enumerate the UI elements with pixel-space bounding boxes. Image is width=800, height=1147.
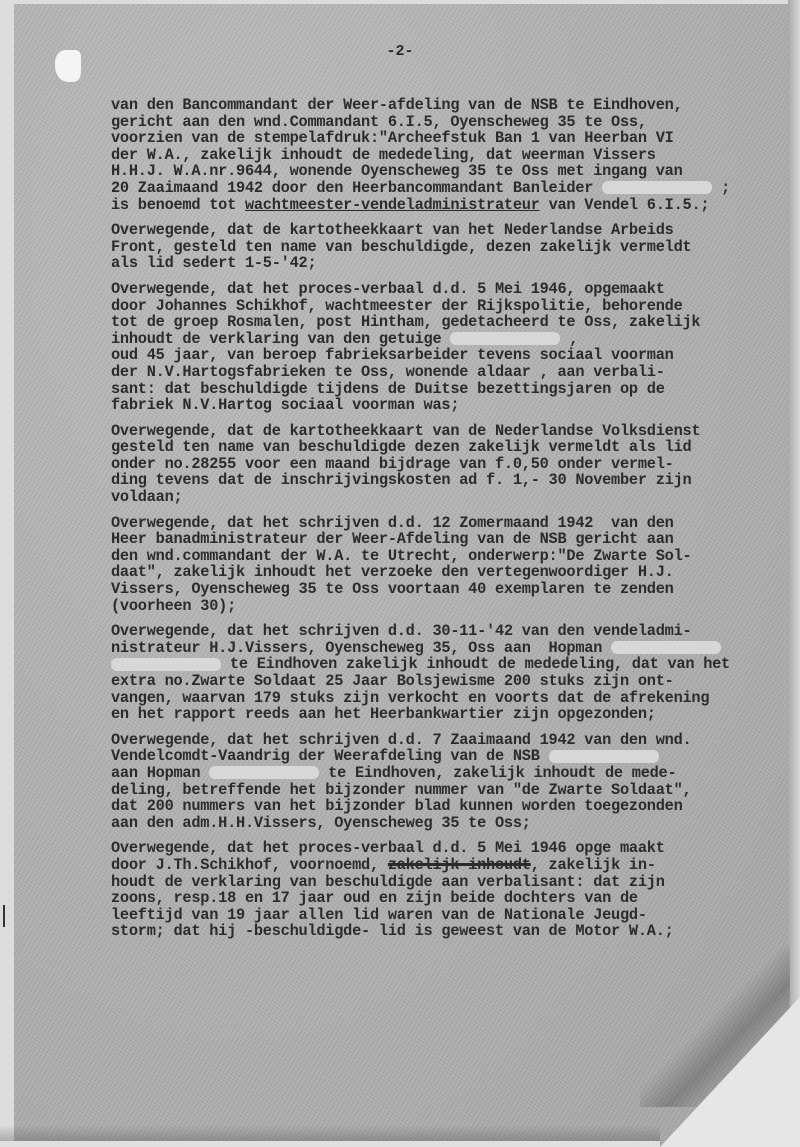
page-left-edge (0, 0, 14, 1147)
redaction-mark (111, 658, 221, 671)
underlined-text: wachtmeester-vendeladministrateur (245, 196, 540, 214)
text-line: leeftijd van 19 jaar allen lid waren van… (111, 907, 791, 924)
scanned-document-page: -2- van den Bancommandant der Weer-afdel… (0, 0, 800, 1147)
margin-mark (3, 905, 5, 927)
text-line: aan den adm.H.H.Vissers, Oyenscheweg 35 … (111, 815, 791, 832)
redaction-mark (209, 766, 319, 779)
redaction-mark (602, 181, 712, 194)
document-body: van den Bancommandant der Weer-afdeling … (111, 97, 791, 949)
text-line: den wnd.commandant der W.A. te Utrecht, … (111, 548, 791, 565)
text-line: onder no.28255 voor een maand bijdrage v… (111, 456, 791, 473)
text-line: storm; dat hij -beschuldigde- lid is gew… (111, 923, 791, 940)
text-line: (voorheen 30); (111, 598, 791, 615)
text-line: Overwegende, dat de kartotheekkaart van … (111, 222, 791, 239)
page-bottom-edge (0, 1125, 660, 1147)
text-line: Front, gesteld ten name van beschuldigde… (111, 239, 791, 256)
text-line: dat 200 nummers van het bijzonder blad k… (111, 798, 791, 815)
text-line: tot de groep Rosmalen, post Hintham, ged… (111, 314, 791, 331)
text-line: vangen, waarvan 179 stuks zijn verkocht … (111, 690, 791, 707)
paragraph: Overwegende, dat het proces-verbaal d.d.… (111, 840, 791, 940)
text-line: Vissers, Oyenscheweg 35 te Oss voortaan … (111, 581, 791, 598)
paragraph: Overwegende, dat het schrijven d.d. 30-1… (111, 623, 791, 723)
redaction-mark (611, 641, 721, 654)
text-line: Overwegende, dat het proces-verbaal d.d.… (111, 281, 791, 298)
text-line: Overwegende, dat de kartotheekkaart van … (111, 423, 791, 440)
text-line: door J.Th.Schikhof, voornoemd, zakelijk … (111, 857, 791, 874)
text-line: Heer banadministrateur der Weer-Afdeling… (111, 531, 791, 548)
text-line: Overwegende, dat het schrijven d.d. 7 Za… (111, 732, 791, 749)
paragraph: van den Bancommandant der Weer-afdeling … (111, 97, 791, 213)
text-line: der N.V.Hartogsfabrieken te Oss, wonende… (111, 364, 791, 381)
text-line: inhoudt de verklaring van den getuige , (111, 331, 791, 348)
text-line: aan Hopman te Eindhoven, zakelijk inhoud… (111, 765, 791, 782)
paragraph: Overwegende, dat het proces-verbaal d.d.… (111, 281, 791, 414)
text-line: zoons, resp.18 en 17 jaar oud en zijn be… (111, 890, 791, 907)
text-line: Overwegende, dat het proces-verbaal d.d.… (111, 840, 791, 857)
text-line: oud 45 jaar, van beroep fabrieksarbeider… (111, 347, 791, 364)
text-line: fabriek N.V.Hartog sociaal voorman was; (111, 397, 791, 414)
text-line: als lid sedert 1-5-'42; (111, 255, 791, 272)
paragraph: Overwegende, dat het schrijven d.d. 12 Z… (111, 515, 791, 615)
text-line: deling, betreffende het bijzonder nummer… (111, 782, 791, 799)
text-line: voorzien van de stempelafdruk:"Archeefst… (111, 130, 791, 147)
paragraph: Overwegende, dat het schrijven d.d. 7 Za… (111, 732, 791, 832)
text-line: sant: dat beschuldigde tijdens de Duitse… (111, 381, 791, 398)
text-line: is benoemd tot wachtmeester-vendeladmini… (111, 197, 791, 214)
text-line: H.H.J. W.A.nr.9644, wonende Oyenscheweg … (111, 163, 791, 180)
corner-fold (660, 997, 800, 1147)
text-line: nistrateur H.J.Vissers, Oyenscheweg 35, … (111, 640, 791, 657)
redaction-mark (450, 332, 560, 345)
text-line: gericht aan den wnd.Commandant 6.I.5, Oy… (111, 114, 791, 131)
text-line: te Eindhoven zakelijk inhoudt de mededel… (111, 656, 791, 673)
text-line: gesteld ten name van beschuldigde dezen … (111, 439, 791, 456)
page-number: -2- (0, 43, 800, 60)
text-line: daat", zakelijk inhoudt het verzoeke den… (111, 564, 791, 581)
text-line: Overwegende, dat het schrijven d.d. 12 Z… (111, 515, 791, 532)
text-line: Vendelcomdt-Vaandrig der Weerafdeling va… (111, 748, 791, 765)
redaction-mark (549, 750, 659, 763)
text-line: ding tevens dat de inschrijvingskosten a… (111, 472, 791, 489)
text-line: extra no.Zwarte Soldaat 25 Jaar Bolsjewi… (111, 673, 791, 690)
text-line: 20 Zaaimaand 1942 door den Heerbancomman… (111, 180, 791, 197)
text-line: Overwegende, dat het schrijven d.d. 30-1… (111, 623, 791, 640)
text-line: voldaan; (111, 489, 791, 506)
text-line: door Johannes Schikhof, wachtmeester der… (111, 298, 791, 315)
paragraph: Overwegende, dat de kartotheekkaart van … (111, 423, 791, 506)
struck-through-text: zakelijk inhoudt (388, 856, 531, 874)
text-line: van den Bancommandant der Weer-afdeling … (111, 97, 791, 114)
paragraph: Overwegende, dat de kartotheekkaart van … (111, 222, 791, 272)
text-line: houdt de verklaring van beschuldigde aan… (111, 874, 791, 891)
text-line: en het rapport reeds aan het Heerbankwar… (111, 706, 791, 723)
text-line: der W.A., zakelijk inhoudt de mededeling… (111, 147, 791, 164)
page-top-edge (0, 0, 800, 4)
